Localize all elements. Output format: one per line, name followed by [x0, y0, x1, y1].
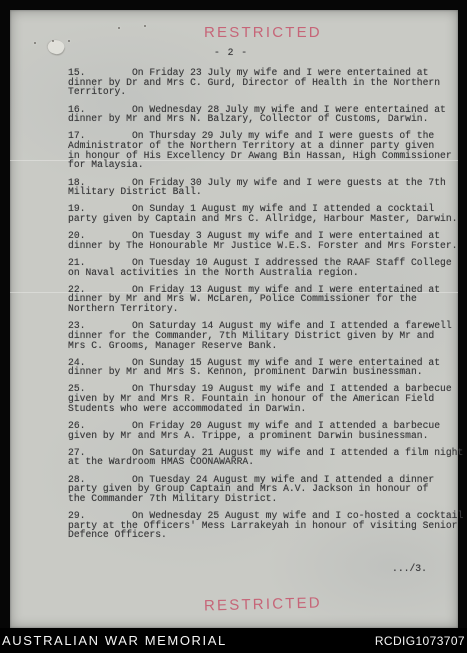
- paper-speck: [68, 40, 70, 42]
- paragraph: 29. On Wednesday 25 August my wife and I…: [68, 511, 454, 540]
- paragraph: 21. On Tuesday 10 August I addressed the…: [68, 258, 454, 277]
- paragraph: 28. On Tuesday 24 August my wife and I a…: [68, 475, 454, 504]
- paragraph: 22. On Friday 13 August my wife and I we…: [68, 285, 454, 314]
- document-page: RESTRICTED - 2 - 15. On Friday 23 July m…: [10, 10, 458, 628]
- paragraph-list: 15. On Friday 23 July my wife and I were…: [68, 68, 454, 548]
- scanned-page-viewer: RESTRICTED - 2 - 15. On Friday 23 July m…: [0, 0, 467, 653]
- footer-archive-name: AUSTRALIAN WAR MEMORIAL: [2, 633, 227, 648]
- paragraph: 16. On Wednesday 28 July my wife and I w…: [68, 105, 454, 124]
- paper-speck: [144, 25, 146, 27]
- paper-speck: [118, 27, 120, 29]
- footer-record-id: RCDIG1073707: [375, 634, 465, 648]
- continuation-mark: .../3.: [392, 563, 427, 574]
- paper-speck: [34, 42, 36, 44]
- paragraph: 19. On Sunday 1 August my wife and I att…: [68, 204, 454, 223]
- paragraph: 26. On Friday 20 August my wife and I at…: [68, 421, 454, 440]
- footer-bar: AUSTRALIAN WAR MEMORIAL RCDIG1073707: [0, 628, 467, 653]
- page-number: - 2 -: [214, 47, 248, 58]
- paragraph: 25. On Thursday 19 August my wife and I …: [68, 384, 454, 413]
- paragraph: 18. On Friday 30 July my wife and I were…: [68, 178, 454, 197]
- paragraph: 15. On Friday 23 July my wife and I were…: [68, 68, 454, 97]
- paragraph: 17. On Thursday 29 July my wife and I we…: [68, 131, 454, 170]
- paragraph: 24. On Sunday 15 August my wife and I we…: [68, 358, 454, 377]
- paragraph: 20. On Tuesday 3 August my wife and I we…: [68, 231, 454, 250]
- paragraph: 23. On Saturday 14 August my wife and I …: [68, 321, 454, 350]
- paper-crease-mark: [46, 37, 66, 56]
- restricted-stamp-bottom: RESTRICTED: [204, 594, 322, 614]
- paper-speck: [52, 40, 54, 42]
- paragraph: 27. On Saturday 21 August my wife and I …: [68, 448, 454, 467]
- restricted-stamp-top: RESTRICTED: [204, 24, 322, 41]
